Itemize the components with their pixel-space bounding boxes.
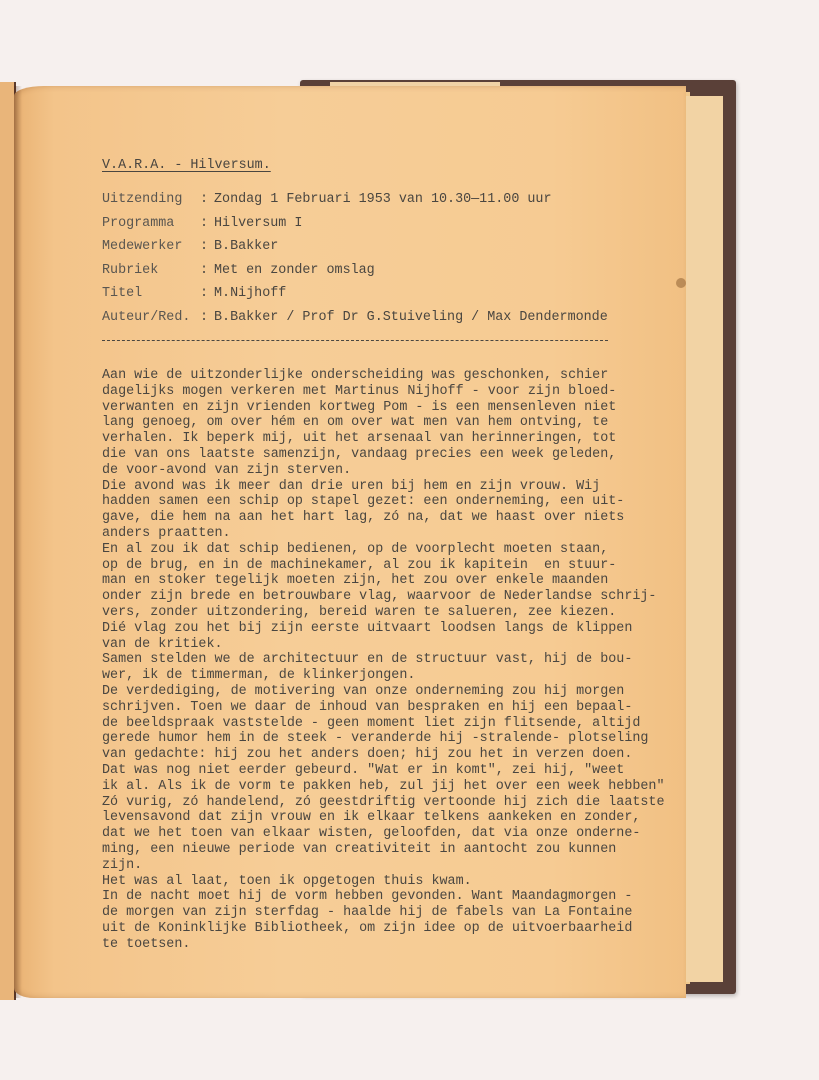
metadata-value: B.Bakker [214,235,278,259]
document-body: Aan wie de uitzonderlijke onderscheiding… [102,368,642,952]
metadata-row: Auteur/Red.:B.Bakker / Prof Dr G.Stuivel… [102,306,608,330]
body-line: te toetsen. [102,937,642,953]
metadata-separator: : [200,212,214,236]
metadata-label: Uitzending [102,188,200,212]
body-line: In de nacht moet hij de vorm hebben gevo… [102,889,642,905]
metadata-separator: : [200,282,214,306]
dashed-separator [102,340,608,341]
body-line: De verdediging, de motivering van onze o… [102,684,642,700]
body-line: Samen stelden we de architectuur en de s… [102,652,642,668]
body-line: Dié vlag zou het bij zijn eerste uitvaar… [102,621,642,637]
body-line: verwanten en zijn vrienden kortweg Pom -… [102,400,642,416]
body-line: levensavond dat zijn vrouw en ik elkaar … [102,810,642,826]
body-line: schrijven. Toen we daar de inhoud van be… [102,700,642,716]
body-line: dat we het toen van elkaar wisten, geloo… [102,826,642,842]
body-line: wer, ik de timmerman, de klinkerjongen. [102,668,642,684]
metadata-separator: : [200,259,214,283]
body-line: En al zou ik dat schip bedienen, op de v… [102,542,642,558]
metadata-value: Met en zonder omslag [214,259,375,283]
metadata-separator: : [200,188,214,212]
metadata-row: Programma:Hilversum I [102,212,608,236]
body-line: vers, zonder uitzondering, bereid waren … [102,605,642,621]
metadata-block: Uitzending:Zondag 1 Februari 1953 van 10… [102,188,608,329]
metadata-value: Hilversum I [214,212,302,236]
body-line: die van ons laatste samenzijn, vandaag p… [102,447,642,463]
body-line: de morgen van zijn sterfdag - haalde hij… [102,905,642,921]
body-line: Die avond was ik meer dan drie uren bij … [102,479,642,495]
body-line: man en stoker tegelijk moeten zijn, het … [102,573,642,589]
body-line: Aan wie de uitzonderlijke onderscheiding… [102,368,642,384]
metadata-value: Zondag 1 Februari 1953 van 10.30—11.00 u… [214,188,552,212]
metadata-label: Titel [102,282,200,306]
body-line: onder zijn brede en betrouwbare vlag, wa… [102,589,642,605]
body-line: hadden samen een schip op stapel gezet: … [102,494,642,510]
metadata-value: B.Bakker / Prof Dr G.Stuiveling / Max De… [214,306,608,330]
body-line: lang genoeg, om over hém en om over wat … [102,415,642,431]
metadata-value: M.Nijhoff [214,282,286,306]
body-line: Dat was nog niet eerder gebeurd. "Wat er… [102,763,642,779]
body-line: gerede humor hem in de steek - veranderd… [102,731,642,747]
metadata-row: Rubriek:Met en zonder omslag [102,259,608,283]
body-line: gave, die hem na aan het hart lag, zó na… [102,510,642,526]
body-line: uit de Koninklijke Bibliotheek, om zijn … [102,921,642,937]
document-header: V.A.R.A. - Hilversum. [102,158,271,173]
metadata-row: Titel:M.Nijhoff [102,282,608,306]
metadata-label: Medewerker [102,235,200,259]
body-line: van de kritiek. [102,637,642,653]
body-line: de voor-avond van zijn sterven. [102,463,642,479]
body-line: zijn. [102,858,642,874]
body-line: van gedachte: hij zou het anders doen; h… [102,747,642,763]
metadata-row: Medewerker:B.Bakker [102,235,608,259]
underlying-sheet-edge [680,96,723,982]
body-line: Zó vurig, zó handelend, zó geestdriftig … [102,795,642,811]
body-line: ik al. Als ik de vorm te pakken heb, zul… [102,779,642,795]
body-line: de beeldspraak vaststelde - geen moment … [102,716,642,732]
metadata-separator: : [200,235,214,259]
body-line: anders praatten. [102,526,642,542]
metadata-label: Auteur/Red. [102,306,200,330]
body-line: dagelijks mogen verkeren met Martinus Ni… [102,384,642,400]
body-line: Het was al laat, toen ik opgetogen thuis… [102,874,642,890]
metadata-row: Uitzending:Zondag 1 Februari 1953 van 10… [102,188,608,212]
body-line: verhalen. Ik beperk mij, uit het arsenaa… [102,431,642,447]
metadata-label: Programma [102,212,200,236]
metadata-label: Rubriek [102,259,200,283]
paper-stain [676,278,686,288]
body-line: ming, een nieuwe periode van creativitei… [102,842,642,858]
body-line: op de brug, en in de machinekamer, al zo… [102,558,642,574]
metadata-separator: : [200,306,214,330]
